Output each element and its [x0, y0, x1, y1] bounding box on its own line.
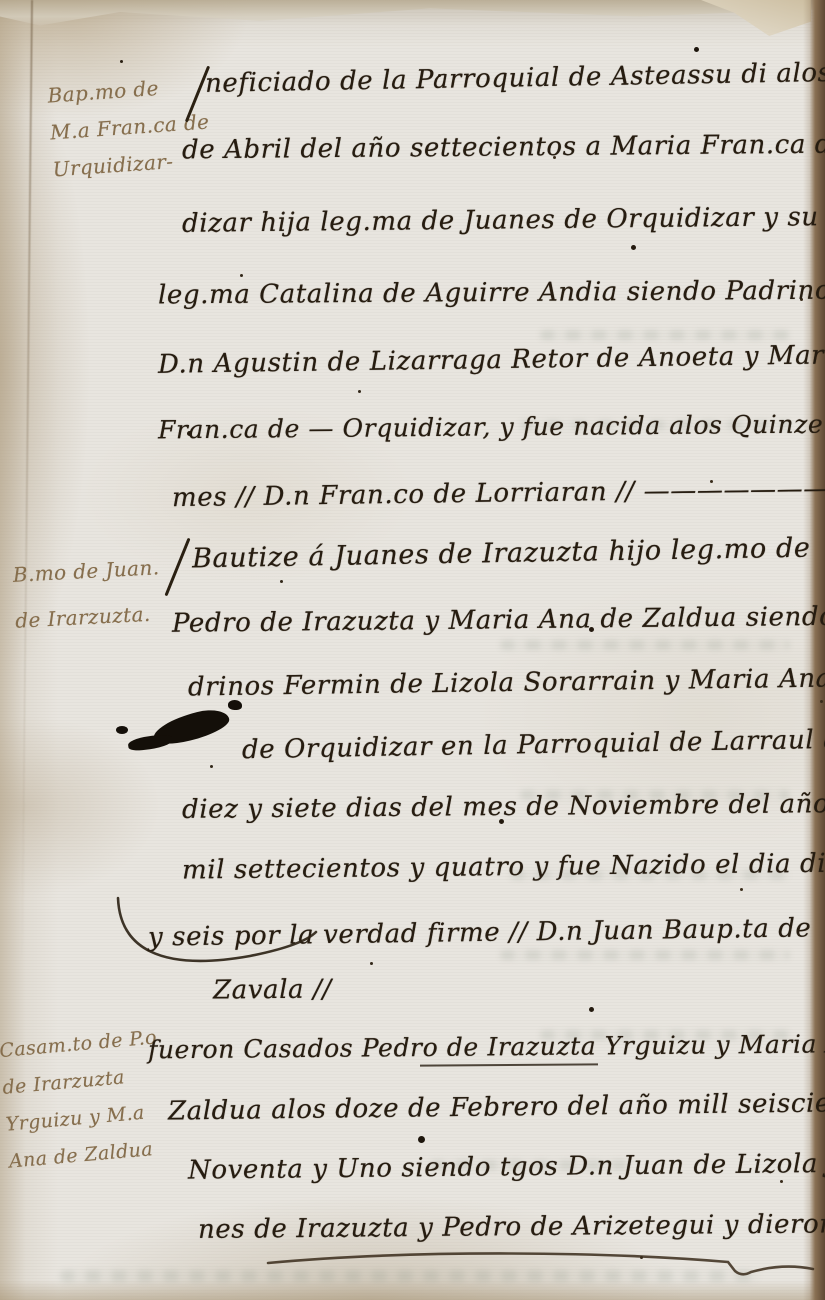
manuscript-page: Bap.mo de M.a Fran.ca de Urquidizar- B.m…	[0, 0, 825, 1300]
closing-flourish-rule	[268, 1253, 813, 1274]
pen-flourish-curve	[0, 0, 825, 1300]
